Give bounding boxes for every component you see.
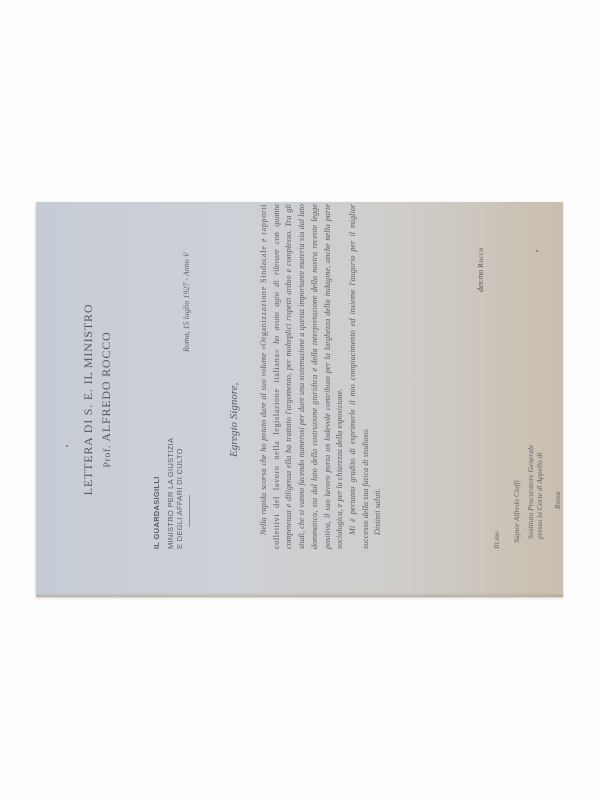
recipient-role: Sostituto Procuratore Generale xyxy=(526,445,535,549)
divider xyxy=(189,495,190,527)
minister-fullname: ALFREDO ROCCO xyxy=(99,332,113,442)
paper-speck xyxy=(536,250,538,252)
signature: dev.mo Rocco xyxy=(476,247,485,292)
text-run: Nella rapida scorsa che ho potuto dare a… xyxy=(259,346,268,535)
dateline: Roma, 15 luglio 1927 - Anno V xyxy=(182,252,191,352)
honorific: Ill.mo xyxy=(491,445,502,549)
letter-body: Nella rapida scorsa che ho potuto dare a… xyxy=(258,204,385,549)
letter-heading: LETTERA DI S. E. IL MINISTRO xyxy=(81,202,96,597)
department-title: IL GUARDASIGILLI xyxy=(152,438,162,549)
recipient-address: Ill.mo Signor Alfredo Cioffi Sostituto P… xyxy=(491,445,563,549)
recipient-city: Roma xyxy=(552,445,563,549)
paper-speck xyxy=(66,445,68,447)
paragraph: Mi è pertanto gradito di esprimerle il m… xyxy=(347,204,372,549)
closing: Distinti saluti. xyxy=(372,204,385,549)
department-block: IL GUARDASIGILLI MINISTRO PER LA GIUSTIZ… xyxy=(152,438,190,549)
book-page: LETTERA DI S. E. IL MINISTRO Prof. ALFRE… xyxy=(36,202,563,597)
department-line: E DEGLI AFFARI DI CULTO xyxy=(175,438,185,549)
text-run: » ho avuto agio di rilevare con quanta c… xyxy=(272,204,345,549)
recipient-role: presso la Corte di Appello di xyxy=(535,445,544,549)
paragraph: Nella rapida scorsa che ho potuto dare a… xyxy=(258,204,347,549)
recipient-name: Signor Alfredo Cioffi xyxy=(511,445,522,549)
minister-name: Prof. ALFREDO ROCCO xyxy=(99,202,114,597)
signoff-name: Rocco xyxy=(477,247,485,267)
salutation: Egregio Signore, xyxy=(228,383,240,457)
signoff-prefix: dev.mo xyxy=(476,270,485,292)
rotated-letter: LETTERA DI S. E. IL MINISTRO Prof. ALFRE… xyxy=(36,202,563,597)
department-line: MINISTRO PER LA GIUSTIZIA xyxy=(166,438,176,549)
title-prefix: Prof. xyxy=(103,445,113,468)
